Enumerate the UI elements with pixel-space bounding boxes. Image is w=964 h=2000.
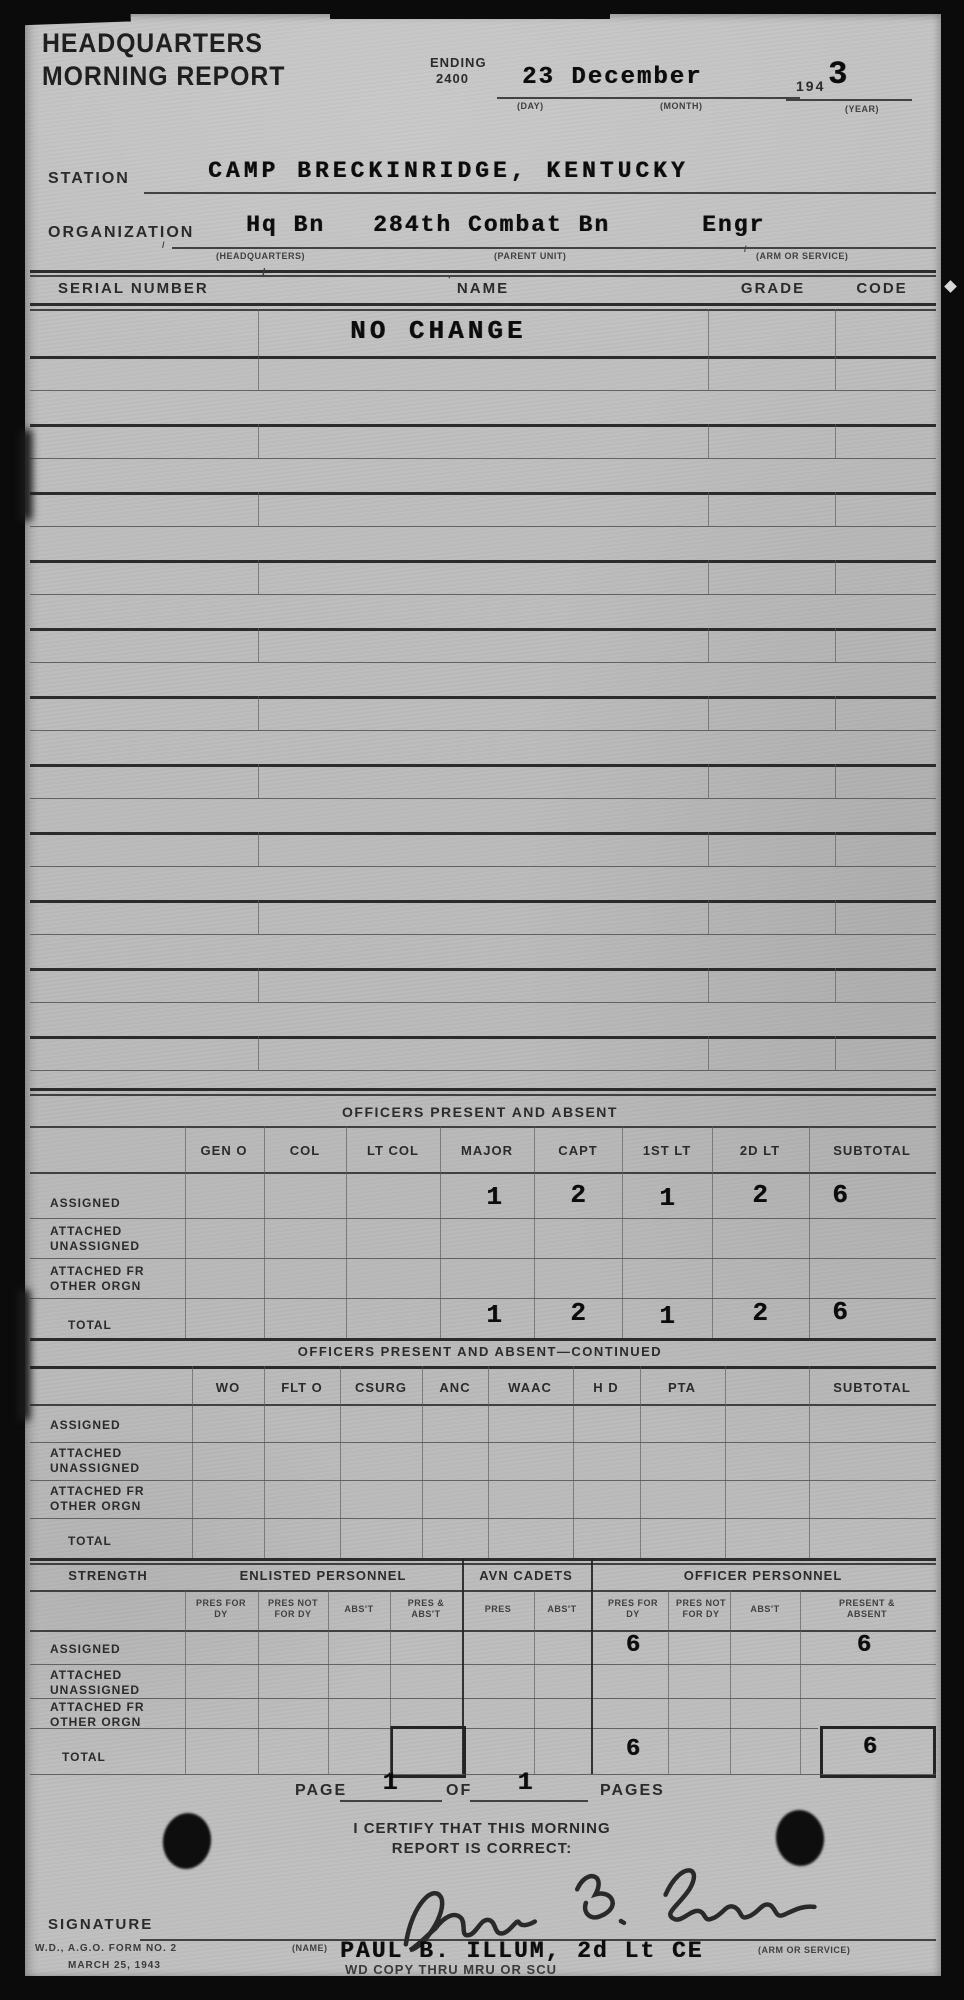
scanned-morning-report: HEADQUARTERS MORNING REPORT ENDING 2400 … bbox=[0, 0, 964, 2000]
roster-col-code: CODE bbox=[856, 280, 907, 297]
grid-line bbox=[185, 1126, 186, 1338]
continued-col-waac: WAAC bbox=[508, 1380, 552, 1395]
form-title-line1: HEADQUARTERS bbox=[42, 28, 263, 59]
strength-off-pres-not-for-dy: PRES NOT FOR DY bbox=[673, 1598, 729, 1621]
grid-line bbox=[30, 798, 936, 799]
grid-line bbox=[708, 309, 709, 356]
grid-line bbox=[30, 662, 936, 663]
month-label: (MONTH) bbox=[660, 101, 703, 111]
grid-line bbox=[708, 764, 709, 798]
strength-avn-abst: ABS'T bbox=[547, 1604, 576, 1614]
strength-enl-pres-abst: PRES & ABS'T bbox=[401, 1598, 451, 1621]
page-underline bbox=[340, 1800, 442, 1802]
officers-total-subtotal: 6 bbox=[832, 1297, 848, 1327]
scan-edge-bottom bbox=[0, 1976, 964, 2000]
roster-entry-no-change: NO CHANGE bbox=[350, 316, 526, 346]
continued-col-wo: WO bbox=[216, 1380, 240, 1395]
strength-enl-pres-for-dy: PRES FOR DY bbox=[196, 1598, 246, 1621]
grid-line bbox=[488, 1366, 489, 1558]
grid-line bbox=[708, 492, 709, 526]
grid-line bbox=[30, 1070, 936, 1071]
ending-label: ENDING bbox=[430, 55, 487, 70]
organization-parent-unit-value: 284th Combat Bn bbox=[373, 212, 610, 238]
officers-col-gen-o: GEN O bbox=[201, 1143, 248, 1158]
strength-avn-title: AVN CADETS bbox=[479, 1568, 573, 1583]
continued-row-rule-2 bbox=[30, 1480, 936, 1481]
officers-continued-title: OFFICERS PRESENT AND ABSENT—CONTINUED bbox=[298, 1344, 662, 1359]
grid-line bbox=[708, 696, 709, 730]
grid-line bbox=[30, 390, 936, 391]
grid-line bbox=[258, 1036, 259, 1070]
officers-assigned-subtotal: 6 bbox=[832, 1180, 848, 1210]
grid-line bbox=[835, 628, 836, 662]
officers-bottom-rule bbox=[30, 1338, 936, 1341]
name-label: (NAME) bbox=[292, 1943, 328, 1953]
officers-col-major: MAJOR bbox=[461, 1143, 513, 1158]
date-underline bbox=[497, 97, 800, 99]
grid-line bbox=[809, 1126, 810, 1338]
grid-line bbox=[258, 832, 259, 866]
grid-line bbox=[258, 628, 259, 662]
grid-line bbox=[668, 1590, 669, 1774]
strength-off-present-absent: PRESENT & ABSENT bbox=[835, 1598, 899, 1621]
grid-line bbox=[30, 730, 936, 731]
officers-row-rule-3 bbox=[30, 1298, 936, 1299]
grid-line bbox=[534, 1126, 535, 1338]
officers-total-1st-lt: 1 bbox=[659, 1301, 675, 1331]
officers-total-capt: 2 bbox=[570, 1298, 586, 1328]
strength-row-rule-3b bbox=[462, 1728, 818, 1729]
year-label: (YEAR) bbox=[845, 104, 879, 114]
grid-line bbox=[30, 968, 936, 971]
grid-line bbox=[708, 560, 709, 594]
grid-line bbox=[258, 492, 259, 526]
station-value: CAMP BRECKINRIDGE, KENTUCKY bbox=[208, 158, 689, 184]
grid-line bbox=[573, 1366, 574, 1558]
strength-assigned-off-pres: 6 bbox=[626, 1632, 640, 1659]
ending-time: 2400 bbox=[436, 71, 469, 86]
strength-top-rule-2 bbox=[30, 1563, 936, 1565]
stray-tick-mark-2: ' bbox=[448, 274, 451, 286]
grid-line bbox=[725, 1366, 726, 1558]
grid-line bbox=[809, 1366, 810, 1558]
strength-total-officer-box bbox=[820, 1726, 936, 1778]
grid-line bbox=[30, 832, 936, 835]
scan-smudge-left-2 bbox=[18, 1290, 30, 1420]
grid-line bbox=[462, 1558, 464, 1774]
grid-line bbox=[258, 968, 259, 1002]
station-label: STATION bbox=[48, 170, 130, 188]
strength-row-assigned-label: ASSIGNED bbox=[50, 1642, 121, 1656]
organization-underline bbox=[172, 247, 936, 249]
continued-col-anc: ANC bbox=[439, 1380, 470, 1395]
grid-line bbox=[192, 1366, 193, 1558]
grid-line bbox=[30, 866, 936, 867]
strength-avn-pres: PRES bbox=[485, 1604, 512, 1614]
continued-row-assigned-label: ASSIGNED bbox=[50, 1418, 121, 1432]
grid-line bbox=[258, 424, 259, 458]
form-title-line2: MORNING REPORT bbox=[42, 61, 285, 92]
grid-line bbox=[30, 356, 936, 359]
grid-line bbox=[390, 1590, 391, 1774]
continued-col-subtotal: SUBTOTAL bbox=[833, 1380, 911, 1395]
year-printed: 194 bbox=[796, 78, 825, 94]
pages-value: 1 bbox=[517, 1768, 532, 1797]
grid-line bbox=[30, 458, 936, 459]
strength-row-attached-unassigned-label: ATTACHED UNASSIGNED bbox=[50, 1668, 170, 1698]
roster-col-serial-number: SERIAL NUMBER bbox=[58, 280, 209, 297]
grid-line bbox=[258, 696, 259, 730]
scan-edge-left bbox=[0, 0, 25, 2000]
officers-rule-2 bbox=[30, 1094, 936, 1096]
officers-total-major: 1 bbox=[486, 1300, 502, 1330]
strength-top-rule bbox=[30, 1558, 936, 1561]
officers-rule bbox=[30, 1088, 936, 1091]
grid-line bbox=[835, 1036, 836, 1070]
day-label: (DAY) bbox=[517, 101, 544, 111]
grid-line bbox=[30, 560, 936, 563]
grid-line bbox=[30, 934, 936, 935]
officers-col-col: COL bbox=[290, 1143, 320, 1158]
arm-or-service-label: (ARM OR SERVICE) bbox=[756, 251, 848, 261]
strength-label: STRENGTH bbox=[68, 1568, 148, 1583]
officers-title-rule bbox=[30, 1126, 936, 1128]
roster-col-grade: GRADE bbox=[741, 280, 805, 297]
grid-line bbox=[264, 1126, 265, 1338]
grid-line bbox=[835, 764, 836, 798]
roster-header-rule bbox=[30, 303, 936, 306]
strength-row-attached-fr-label: ATTACHED FR OTHER ORGN bbox=[50, 1700, 170, 1730]
officers-total-2d-lt: 2 bbox=[752, 1298, 768, 1328]
scan-smudge-left-1 bbox=[20, 430, 32, 520]
certification-line1: I CERTIFY THAT THIS MORNING bbox=[353, 1820, 610, 1837]
grid-line bbox=[346, 1126, 347, 1338]
grid-line bbox=[708, 628, 709, 662]
grid-line bbox=[340, 1366, 341, 1558]
officers-assigned-capt: 2 bbox=[570, 1180, 586, 1210]
grid-line bbox=[835, 560, 836, 594]
grid-line bbox=[328, 1590, 329, 1774]
strength-row-rule-3a bbox=[30, 1728, 390, 1729]
organization-label: ORGANIZATION bbox=[48, 224, 194, 242]
grid-line bbox=[708, 832, 709, 866]
grid-line bbox=[30, 628, 936, 631]
officers-row-rule-2 bbox=[30, 1258, 936, 1259]
headquarters-label: (HEADQUARTERS) bbox=[216, 251, 305, 261]
year-underline bbox=[786, 99, 912, 101]
wd-copy-note: WD COPY THRU MRU OR SCU bbox=[345, 1962, 557, 1977]
strength-off-abst: ABS'T bbox=[750, 1604, 779, 1614]
scan-edge-top-notch bbox=[330, 0, 610, 19]
grid-line bbox=[30, 1002, 936, 1003]
grid-line bbox=[835, 832, 836, 866]
grid-line bbox=[835, 356, 836, 390]
officers-assigned-2d-lt: 2 bbox=[752, 1180, 768, 1210]
of-label: OF bbox=[446, 1782, 472, 1800]
grid-line bbox=[30, 492, 936, 495]
officers-row-attached-fr-label: ATTACHED FR OTHER ORGN bbox=[50, 1264, 170, 1294]
grid-line bbox=[835, 696, 836, 730]
strength-row-total-label: TOTAL bbox=[62, 1750, 106, 1764]
grid-line bbox=[30, 594, 936, 595]
organization-headquarters-value: Hq Bn bbox=[246, 212, 325, 238]
grid-line bbox=[30, 1036, 936, 1039]
stray-slash-mark-2: / bbox=[262, 266, 266, 280]
grid-line bbox=[708, 356, 709, 390]
signature-label: SIGNATURE bbox=[48, 1916, 153, 1933]
scan-edge-right bbox=[941, 0, 964, 2000]
officers-col-capt: CAPT bbox=[558, 1143, 597, 1158]
strength-off-pres-for-dy: PRES FOR DY bbox=[608, 1598, 658, 1621]
grid-line bbox=[622, 1126, 623, 1338]
grid-line bbox=[30, 526, 936, 527]
pages-label: PAGES bbox=[600, 1782, 665, 1800]
grid-line bbox=[30, 900, 936, 903]
grid-line bbox=[30, 696, 936, 699]
continued-row-attached-fr-label: ATTACHED FR OTHER ORGN bbox=[50, 1484, 170, 1514]
grid-line bbox=[30, 424, 936, 427]
page-label: PAGE bbox=[295, 1782, 347, 1800]
pages-underline bbox=[470, 1800, 588, 1802]
strength-bottom-rule bbox=[30, 1774, 936, 1775]
continued-col-flt-o: FLT O bbox=[281, 1380, 323, 1395]
grid-line bbox=[730, 1590, 731, 1774]
grid-line bbox=[800, 1590, 801, 1774]
officers-assigned-1st-lt: 1 bbox=[659, 1183, 675, 1213]
officers-col-1st-lt: 1ST LT bbox=[643, 1143, 691, 1158]
grid-line bbox=[30, 764, 936, 767]
officers-row-assigned-label: ASSIGNED bbox=[50, 1196, 121, 1210]
strength-officer-title: OFFICER PERSONNEL bbox=[684, 1568, 843, 1583]
officers-header-rule bbox=[30, 1172, 936, 1174]
grid-line bbox=[708, 424, 709, 458]
grid-line bbox=[835, 900, 836, 934]
year-typed-digit: 3 bbox=[828, 56, 847, 93]
grid-line bbox=[712, 1126, 713, 1338]
grid-line bbox=[835, 424, 836, 458]
station-underline bbox=[144, 192, 936, 194]
form-number: W.D., A.G.O. FORM NO. 2 bbox=[35, 1943, 177, 1954]
continued-col-pta: PTA bbox=[668, 1380, 696, 1395]
grid-line bbox=[264, 1366, 265, 1558]
grid-line bbox=[258, 309, 259, 356]
form-date: MARCH 25, 1943 bbox=[68, 1960, 161, 1971]
grid-line bbox=[534, 1590, 535, 1774]
officers-col-subtotal: SUBTOTAL bbox=[833, 1143, 911, 1158]
continued-row-rule bbox=[30, 1442, 936, 1443]
officers-row-total-label: TOTAL bbox=[68, 1318, 112, 1332]
grid-line bbox=[258, 900, 259, 934]
grid-line bbox=[835, 492, 836, 526]
strength-enl-pres-not-for-dy: PRES NOT FOR DY bbox=[265, 1598, 321, 1621]
strength-enl-abst: ABS'T bbox=[344, 1604, 373, 1614]
grid-line bbox=[258, 764, 259, 798]
grid-line bbox=[708, 968, 709, 1002]
grid-line bbox=[185, 1590, 186, 1774]
stray-tick-mark: / bbox=[744, 244, 747, 254]
continued-header-rule bbox=[30, 1404, 936, 1406]
grid-line bbox=[708, 900, 709, 934]
continued-title-rule bbox=[30, 1366, 936, 1369]
strength-assigned-off-pres-abs: 6 bbox=[857, 1632, 871, 1659]
officers-row-rule bbox=[30, 1218, 936, 1219]
grid-line bbox=[422, 1366, 423, 1558]
grid-line bbox=[258, 356, 259, 390]
continued-row-attached-unassigned-label: ATTACHED UNASSIGNED bbox=[50, 1446, 170, 1476]
organization-arm-value: Engr bbox=[702, 212, 765, 238]
continued-col-csurg: CSURG bbox=[355, 1380, 407, 1395]
officers-col-2d-lt: 2D LT bbox=[740, 1143, 780, 1158]
grid-line bbox=[835, 968, 836, 1002]
section-rule-2 bbox=[30, 275, 936, 277]
grid-line bbox=[835, 309, 836, 356]
continued-row-rule-3 bbox=[30, 1518, 936, 1519]
officers-col-lt-col: LT COL bbox=[367, 1143, 419, 1158]
grid-line bbox=[258, 560, 259, 594]
grid-line bbox=[640, 1366, 641, 1558]
grid-line bbox=[258, 1590, 259, 1774]
roster-header-rule-2 bbox=[30, 309, 936, 311]
stray-slash-mark: / bbox=[162, 240, 165, 250]
date-entry: 23 December bbox=[522, 64, 702, 91]
officers-assigned-major: 1 bbox=[486, 1182, 502, 1212]
strength-total-enlisted-box bbox=[390, 1726, 466, 1778]
continued-col-h-d: H D bbox=[593, 1380, 618, 1395]
signature-arm-label: (ARM OR SERVICE) bbox=[758, 1945, 850, 1955]
strength-total-off-pres: 6 bbox=[626, 1736, 640, 1763]
grid-line bbox=[440, 1126, 441, 1338]
strength-enlisted-title: ENLISTED PERSONNEL bbox=[240, 1568, 407, 1583]
grid-line bbox=[708, 1036, 709, 1070]
signature-typed-name: PAUL B. ILLUM, 2d Lt CE bbox=[340, 1938, 703, 1964]
officers-row-attached-unassigned-label: ATTACHED UNASSIGNED bbox=[50, 1224, 170, 1254]
grid-line bbox=[591, 1558, 593, 1774]
roster-col-name: NAME bbox=[457, 280, 509, 297]
officers-table-title: OFFICERS PRESENT AND ABSENT bbox=[342, 1104, 618, 1120]
continued-row-total-label: TOTAL bbox=[68, 1534, 112, 1548]
parent-unit-label: (PARENT UNIT) bbox=[494, 251, 566, 261]
section-rule bbox=[30, 270, 936, 273]
